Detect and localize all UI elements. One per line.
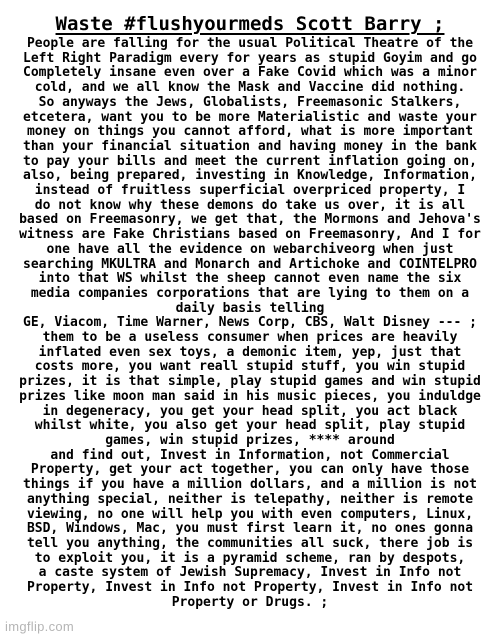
meme-body-line: media companies corporations that are ly… (0, 287, 500, 302)
meme-body-line: viewing, no one will help you with even … (0, 508, 500, 523)
meme-body-line: searching MKULTRA and Monarch and Artich… (0, 258, 500, 273)
meme-body-line: Completely insane even over a Fake Covid… (0, 66, 500, 81)
meme-body-line: inflated even sex toys, a demonic item, … (0, 346, 500, 361)
meme-body-line: based on Freemasonry, we get that, the M… (0, 213, 500, 228)
imgflip-watermark: imgflip.com (5, 619, 74, 634)
meme-body-line: to pay your bills and meet the current i… (0, 155, 500, 170)
meme-body-line: anything special, neither is telepathy, … (0, 493, 500, 508)
meme-body-line: cold, and we all know the Mask and Vacci… (0, 81, 500, 96)
meme-body-line: daily basis telling (0, 302, 500, 317)
meme-body-line: witness are Fake Christians based on Fre… (0, 228, 500, 243)
meme-body-line: People are falling for the usual Politic… (0, 37, 500, 52)
meme-body-line: than your financial situation and having… (0, 140, 500, 155)
meme-body-line: into that WS whilst the sheep cannot eve… (0, 272, 500, 287)
meme-body-line: one have all the evidence on webarchiveo… (0, 243, 500, 258)
meme-body-line: also, being prepared, investing in Knowl… (0, 169, 500, 184)
meme-body-line: things if you have a million dollars, an… (0, 478, 500, 493)
meme-body-line: whilst white, you also get your head spl… (0, 419, 500, 434)
meme-body-line: Property, Invest in Info not Property, I… (0, 581, 500, 596)
meme-canvas: Waste #flushyourmeds Scott Barry ; Peopl… (0, 0, 500, 638)
meme-body-line: tell you anything, the communities all s… (0, 537, 500, 552)
meme-body-line: Property, get your act together, you can… (0, 463, 500, 478)
meme-body-line: prizes like moon man said in his music p… (0, 390, 500, 405)
meme-body-line: Property or Drugs. ; (0, 596, 500, 611)
meme-body-line: etcetera, want you to be more Materialis… (0, 111, 500, 126)
meme-body-line: costs more, you want reall stupid stuff,… (0, 360, 500, 375)
meme-body-line: them to be a useless consumer when price… (0, 331, 500, 346)
meme-body-line: prizes, it is that simple, play stupid g… (0, 375, 500, 390)
meme-body-line: to exploit you, it is a pyramid scheme, … (0, 552, 500, 567)
meme-body-line: a caste system of Jewish Supremacy, Inve… (0, 566, 500, 581)
meme-body-line: in degeneracy, you get your head split, … (0, 405, 500, 420)
meme-body-line: instead of fruitless superficial overpri… (0, 184, 500, 199)
meme-body-line: Left Right Paradigm every for years as s… (0, 52, 500, 67)
meme-body-text: People are falling for the usual Politic… (0, 37, 500, 610)
meme-body-line: GE, Viacom, Time Warner, News Corp, CBS,… (0, 316, 500, 331)
meme-body-line: and find out, Invest in Information, not… (0, 449, 500, 464)
meme-body-line: money on things you cannot afford, what … (0, 125, 500, 140)
meme-body-line: BSD, Windows, Mac, you must first learn … (0, 522, 500, 537)
meme-body-line: So anyways the Jews, Globalists, Freemas… (0, 96, 500, 111)
meme-body-line: games, win stupid prizes, **** around (0, 434, 500, 449)
meme-title: Waste #flushyourmeds Scott Barry ; (0, 0, 500, 36)
meme-body-line: do not know why these demons do take us … (0, 199, 500, 214)
